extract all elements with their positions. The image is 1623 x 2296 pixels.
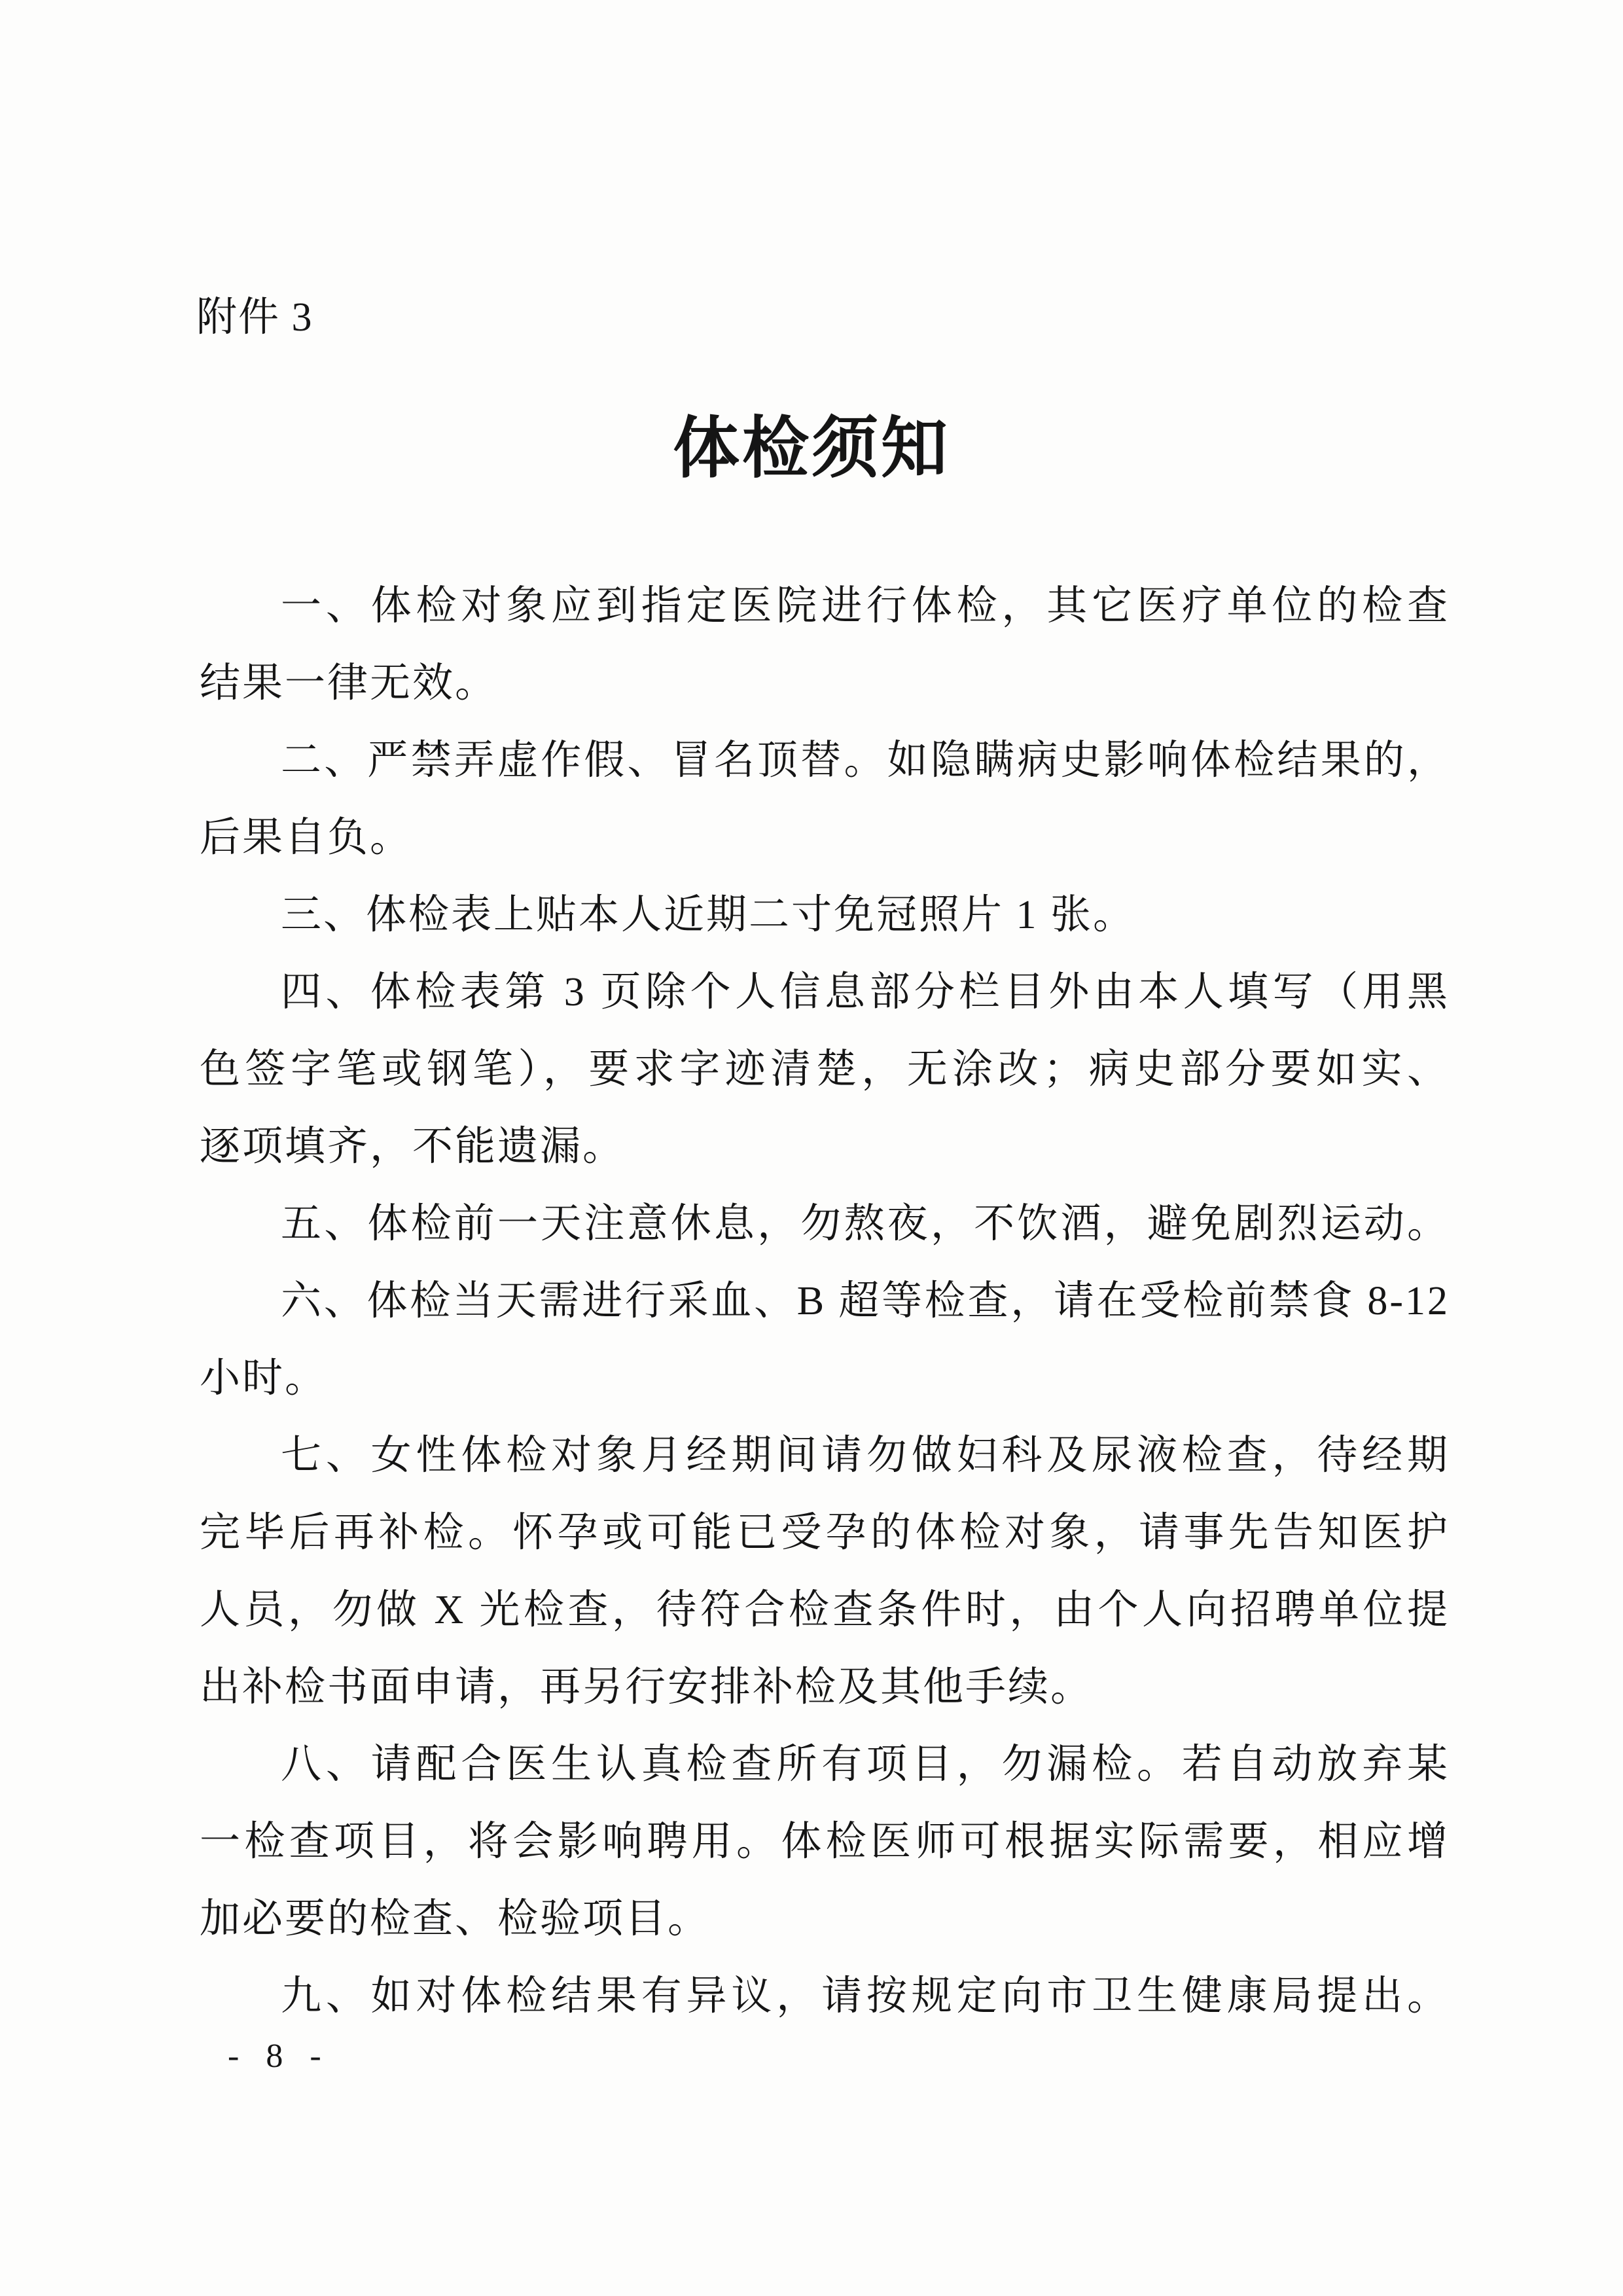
body-line: 六、体检当天需进行采血、B 超等检查，请在受检前禁食 8-12: [200, 1263, 1450, 1340]
body-line: 九、如对体检结果有异议，请按规定向市卫生健康局提出。: [200, 1958, 1450, 2035]
body-line: 八、请配合医生认真检查所有项目，勿漏检。若自动放弃某: [200, 1726, 1450, 1803]
page-number: - 8 -: [228, 2037, 330, 2075]
body-line: 小时。: [200, 1340, 1450, 1417]
body-line: 加必要的检查、检验项目。: [200, 1880, 1450, 1958]
body-line: 逐项填齐，不能遗漏。: [200, 1108, 1450, 1185]
body-line: 一、体检对象应到指定医院进行体检，其它医疗单位的检查: [200, 567, 1450, 645]
body-line: 色签字笔或钢笔），要求字迹清楚，无涂改；病史部分要如实、: [200, 1031, 1450, 1108]
body-line: 四、体检表第 3 页除个人信息部分栏目外由本人填写（用黑: [200, 954, 1450, 1031]
body-line: 完毕后再补检。怀孕或可能已受孕的体检对象，请事先告知医护: [200, 1494, 1450, 1571]
body-line: 人员，勿做 X 光检查，待符合检查条件时，由个人向招聘单位提: [200, 1571, 1450, 1649]
body-line: 后果自负。: [200, 799, 1450, 876]
body-line: 出补检书面申请，再另行安排补检及其他手续。: [200, 1649, 1450, 1726]
body-line: 二、严禁弄虚作假、冒名顶替。如隐瞒病史影响体检结果的，: [200, 722, 1450, 799]
body-line: 七、女性体检对象月经期间请勿做妇科及尿液检查，待经期: [200, 1417, 1450, 1494]
document-page: 附件 3 体检须知 一、体检对象应到指定医院进行体检，其它医疗单位的检查 结果一…: [0, 0, 1623, 2296]
body-line: 五、体检前一天注意休息，勿熬夜，不饮酒，避免剧烈运动。: [200, 1185, 1450, 1263]
body-line: 一检查项目，将会影响聘用。体检医师可根据实际需要，相应增: [200, 1803, 1450, 1880]
body-line: 三、体检表上贴本人近期二寸免冠照片 1 张。: [200, 876, 1450, 954]
page-title: 体检须知: [0, 411, 1623, 488]
attachment-label: 附件 3: [196, 293, 313, 342]
document-body: 一、体检对象应到指定医院进行体检，其它医疗单位的检查 结果一律无效。 二、严禁弄…: [200, 567, 1450, 2035]
body-line: 结果一律无效。: [200, 645, 1450, 722]
